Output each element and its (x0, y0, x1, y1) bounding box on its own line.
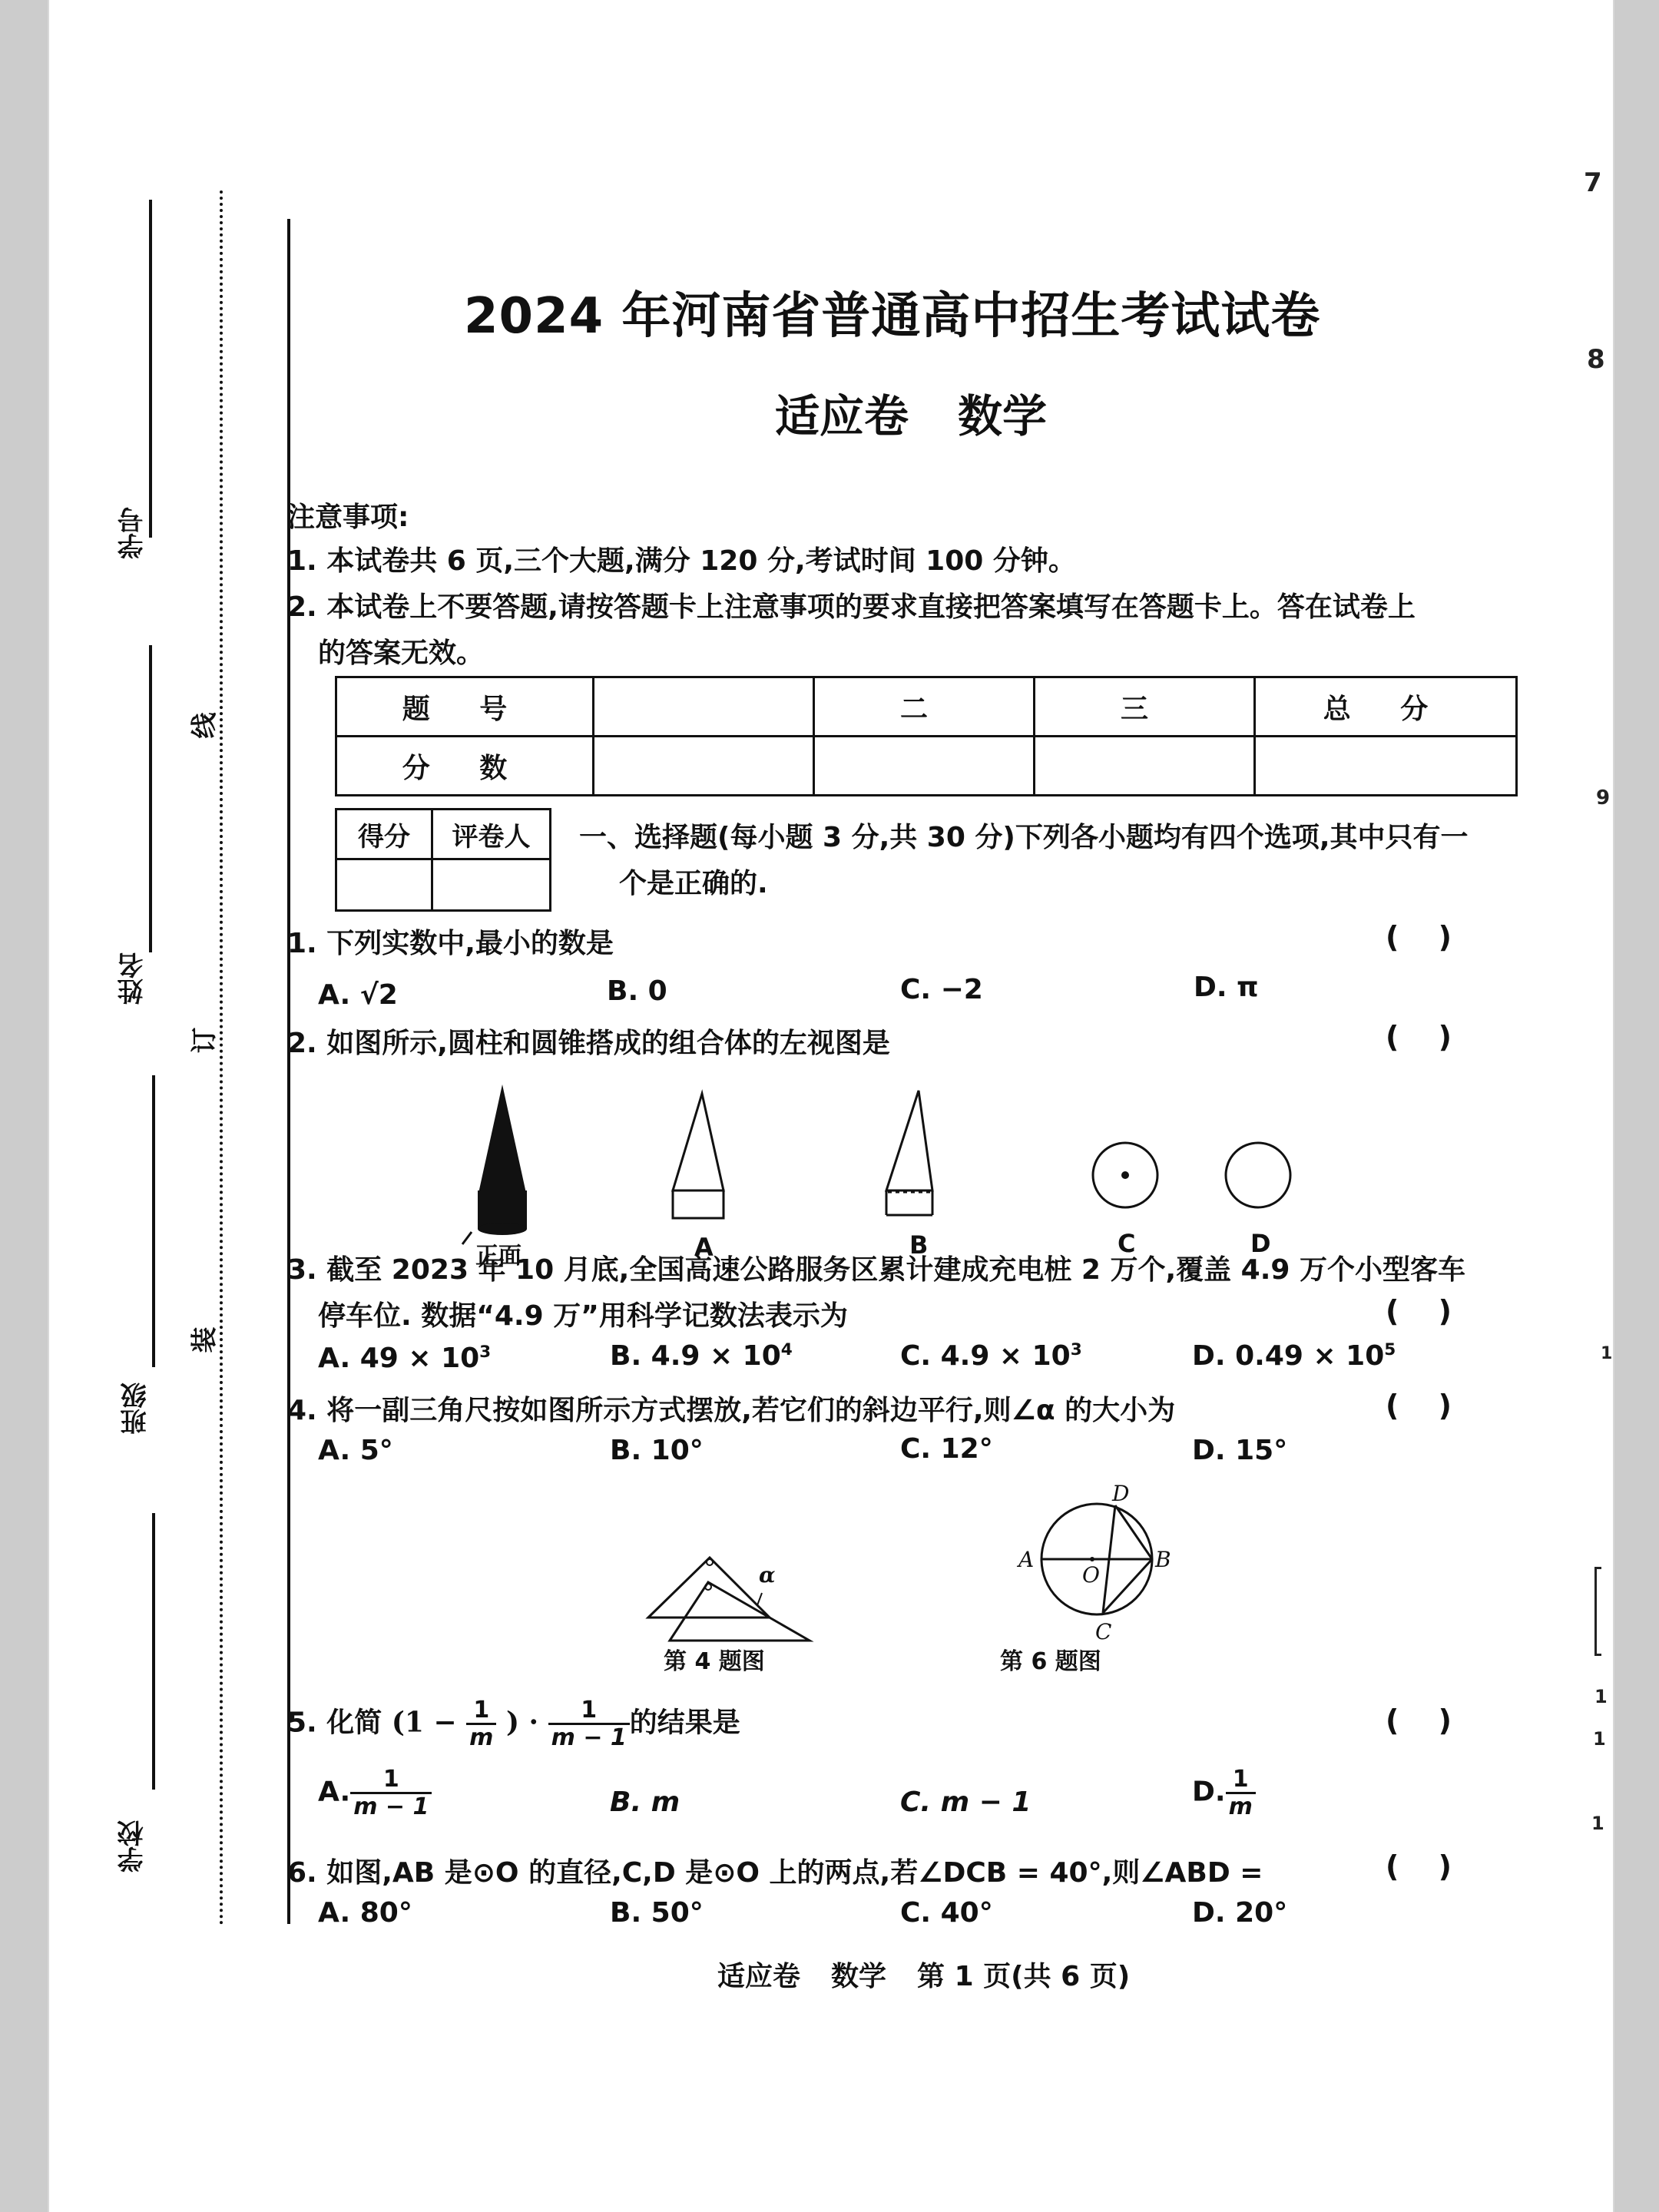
field-label-name: 姓名 (114, 952, 151, 1005)
question-3-stem: 3. 截至 2023 年 10 月底,全国高速公路服务区累计建成充电桩 2 万个… (287, 1248, 1465, 1287)
q4-option-a: A. 5° (318, 1435, 393, 1466)
exam-title: 2024 年河南省普通高中招生考试试卷 (464, 276, 1386, 347)
question-1-stem: 1. 下列实数中,最小的数是 (287, 922, 614, 961)
cut-mark-bind: 订 (184, 1028, 221, 1054)
dotted-cut-line (220, 190, 223, 1926)
subtitle-paper-type: 适应卷 (775, 390, 909, 442)
cut-mark-line: 线 (184, 713, 221, 739)
field-label-school: 学校 (114, 1820, 151, 1873)
answer-blank-q3: ( ) (1386, 1294, 1452, 1328)
score-table-value-row: 分 数 (336, 737, 1517, 796)
edge-mark: 1 (1601, 1344, 1612, 1363)
footer-paper-type: 适应卷 (717, 1961, 800, 1992)
page-footer: 适应卷数学第 1 页(共 6 页) (717, 1955, 1130, 1994)
q6-option-d: D. 20° (1192, 1897, 1287, 1929)
score-header-col-3: 三 (1035, 677, 1255, 737)
notice-item-1: 1. 本试卷共 6 页,三个大题,满分 120 分,考试时间 100 分钟。 (287, 539, 1076, 578)
answer-blank-q4: ( ) (1386, 1389, 1452, 1422)
notice-item-2-cont: 的答案无效。 (318, 631, 484, 671)
answer-blank-q5: ( ) (1386, 1704, 1452, 1737)
school-underline (152, 1513, 155, 1790)
q6-option-c: C. 40° (900, 1897, 993, 1929)
q4-alpha-label: α (759, 1562, 776, 1588)
notice-item-2: 2. 本试卷上不要答题,请按答题卡上注意事项的要求直接把答案填写在答题卡上。答在… (287, 585, 1416, 624)
question-5-stem: 5. 化简 (1 − 1m ) · 1m − 1的结果是 (287, 1697, 740, 1750)
score-header-col-2: 二 (814, 677, 1035, 737)
section-one-heading-cont: 个是正确的. (619, 862, 768, 901)
q6-point-b: B (1154, 1547, 1171, 1572)
field-label-class: 班级 (117, 1382, 154, 1435)
q4-option-b: B. 10° (610, 1435, 704, 1466)
q5-option-c: C. m − 1 (900, 1786, 1031, 1818)
q1-option-c: C. −2 (900, 974, 983, 1005)
score-cell (814, 737, 1035, 796)
q2-figures (449, 1075, 1447, 1252)
q1-option-b: B. 0 (607, 975, 667, 1007)
question-3-stem-cont: 停车位. 数据“4.9 万”用科学记数法表示为 (318, 1294, 848, 1333)
q2-option-d-figure (1226, 1143, 1290, 1207)
subtitle-subject: 数学 (958, 390, 1047, 442)
grader-box: 得分 评卷人 (335, 808, 551, 912)
edge-mark: 7 (1584, 167, 1602, 198)
grader-score-cell (336, 859, 432, 911)
q6-point-d: D (1111, 1482, 1129, 1506)
q1-option-d: D. π (1194, 972, 1259, 1003)
exam-page: 学号 姓名 班级 学校 线 订 装 2024 年河南省普通高中招生考试试卷 适应… (48, 0, 1614, 2212)
edge-mark: 8 (1587, 344, 1605, 375)
score-table: 题 号 二 三 总 分 分 数 (335, 676, 1518, 796)
score-row-label: 分 数 (336, 737, 594, 796)
score-cell (1255, 737, 1517, 796)
q3-option-a: A. 49 × 103 (318, 1343, 491, 1374)
q5-option-b: B. m (610, 1786, 680, 1818)
margin-border-line (287, 219, 290, 1924)
answer-blank-q2: ( ) (1386, 1020, 1452, 1054)
edge-mark: 1 (1593, 1728, 1606, 1750)
q4-option-c: C. 12° (900, 1433, 993, 1465)
section-one-heading: 一、选择题(每小题 3 分,共 30 分)下列各小题均有四个选项,其中只有一 (579, 816, 1469, 855)
score-header-total: 总 分 (1255, 677, 1517, 737)
q2-solid-figure (462, 1084, 527, 1244)
score-header-col-1 (594, 677, 814, 737)
edge-bracket-mark (1594, 1567, 1601, 1656)
q4-figure (633, 1536, 825, 1644)
answer-blank-q6: ( ) (1386, 1849, 1452, 1883)
edge-mark: 9 (1596, 786, 1610, 810)
q3-option-c: C. 4.9 × 103 (900, 1340, 1082, 1372)
score-cell (594, 737, 814, 796)
question-6-stem: 6. 如图,AB 是⊙O 的直径,C,D 是⊙O 上的两点,若∠DCB = 40… (287, 1851, 1263, 1890)
q6-point-o: O (1082, 1562, 1100, 1588)
footer-page-number: 第 1 页(共 6 页) (917, 1961, 1130, 1992)
q3-option-b: B. 4.9 × 104 (610, 1340, 793, 1372)
grader-name-cell (432, 859, 551, 911)
q6-option-b: B. 50° (610, 1897, 704, 1929)
name-underline (149, 645, 152, 952)
q5-option-a: A.1m − 1 (318, 1767, 432, 1820)
field-label-student-id: 学号 (114, 507, 151, 559)
q6-point-a: A (1016, 1547, 1034, 1572)
grader-header-score: 得分 (336, 810, 432, 859)
q4-option-d: D. 15° (1192, 1435, 1287, 1466)
score-table-header-row: 题 号 二 三 总 分 (336, 677, 1517, 737)
q6-point-c: C (1095, 1619, 1111, 1644)
class-underline (152, 1075, 155, 1367)
exam-subtitle: 适应卷数学 (775, 380, 1047, 445)
q3-option-d: D. 0.49 × 105 (1192, 1340, 1396, 1372)
cut-mark-fold: 装 (184, 1327, 221, 1353)
q5-option-d: D.1m (1192, 1767, 1256, 1820)
q1-option-a: A. √2 (318, 979, 398, 1011)
answer-blank-q1: ( ) (1386, 920, 1452, 954)
q6-figure: A B C D O (1002, 1482, 1201, 1644)
student-id-underline (149, 200, 152, 538)
q2-option-a-figure (673, 1094, 724, 1218)
question-2-stem: 2. 如图所示,圆柱和圆锥搭成的组合体的左视图是 (287, 1022, 890, 1061)
q2-option-b-figure (886, 1091, 932, 1215)
q6-option-a: A. 80° (318, 1897, 412, 1929)
score-header-question-no: 题 号 (336, 677, 594, 737)
q4-figure-caption: 第 4 题图 (664, 1642, 765, 1676)
edge-mark: 1 (1594, 1686, 1608, 1707)
q6-figure-caption: 第 6 题图 (1000, 1642, 1101, 1676)
edge-mark: 1 (1591, 1813, 1604, 1834)
grader-header-grader: 评卷人 (432, 810, 551, 859)
footer-subject: 数学 (831, 1961, 886, 1992)
question-4-stem: 4. 将一副三角尺按如图所示方式摆放,若它们的斜边平行,则∠α 的大小为 (287, 1389, 1175, 1428)
notice-heading: 注意事项: (287, 495, 409, 535)
score-cell (1035, 737, 1255, 796)
